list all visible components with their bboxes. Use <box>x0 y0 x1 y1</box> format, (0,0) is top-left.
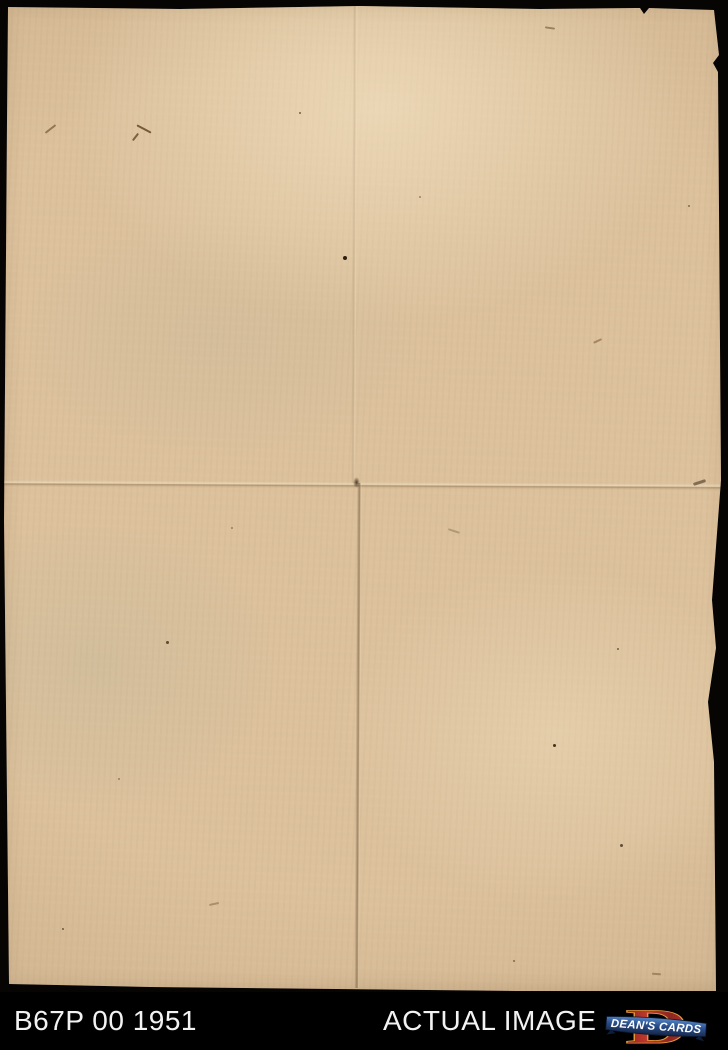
paper-speck <box>343 256 347 260</box>
paper-speck <box>118 778 120 780</box>
paper-fiber <box>136 124 151 133</box>
paper-speck <box>620 844 623 847</box>
deans-cards-logo: D DEAN'S CARDS <box>604 1000 708 1050</box>
paper-speck <box>617 648 619 650</box>
actual-image-label: ACTUAL IMAGE <box>383 1004 596 1038</box>
right-edge-nick <box>693 479 706 486</box>
paper-fiber <box>209 902 219 906</box>
paper-fiber <box>593 338 602 343</box>
paper-fiber <box>652 973 661 975</box>
paper-fiber <box>545 26 555 29</box>
paper-scan <box>0 0 728 992</box>
paper-speck <box>688 205 690 207</box>
vertical-fold-crease-bottom <box>354 483 362 988</box>
fold-center-notch <box>353 477 360 488</box>
paper-fiber <box>448 528 460 533</box>
paper-speck <box>299 112 301 114</box>
paper-speck <box>62 928 64 930</box>
paper-speck <box>419 196 421 198</box>
scan-stage: B67P 00 1951 ACTUAL IMAGE D DEAN'S CARDS <box>0 0 728 1050</box>
paper-speck <box>513 960 515 962</box>
paper-fiber <box>45 124 56 134</box>
paper-fiber <box>132 133 139 141</box>
horizontal-fold-crease <box>0 480 728 491</box>
vertical-fold-crease-top <box>351 5 358 483</box>
paper-speck <box>166 641 169 644</box>
item-code-label: B67P 00 1951 <box>14 1004 197 1038</box>
paper-speck <box>553 744 556 747</box>
paper-speck <box>231 527 233 529</box>
